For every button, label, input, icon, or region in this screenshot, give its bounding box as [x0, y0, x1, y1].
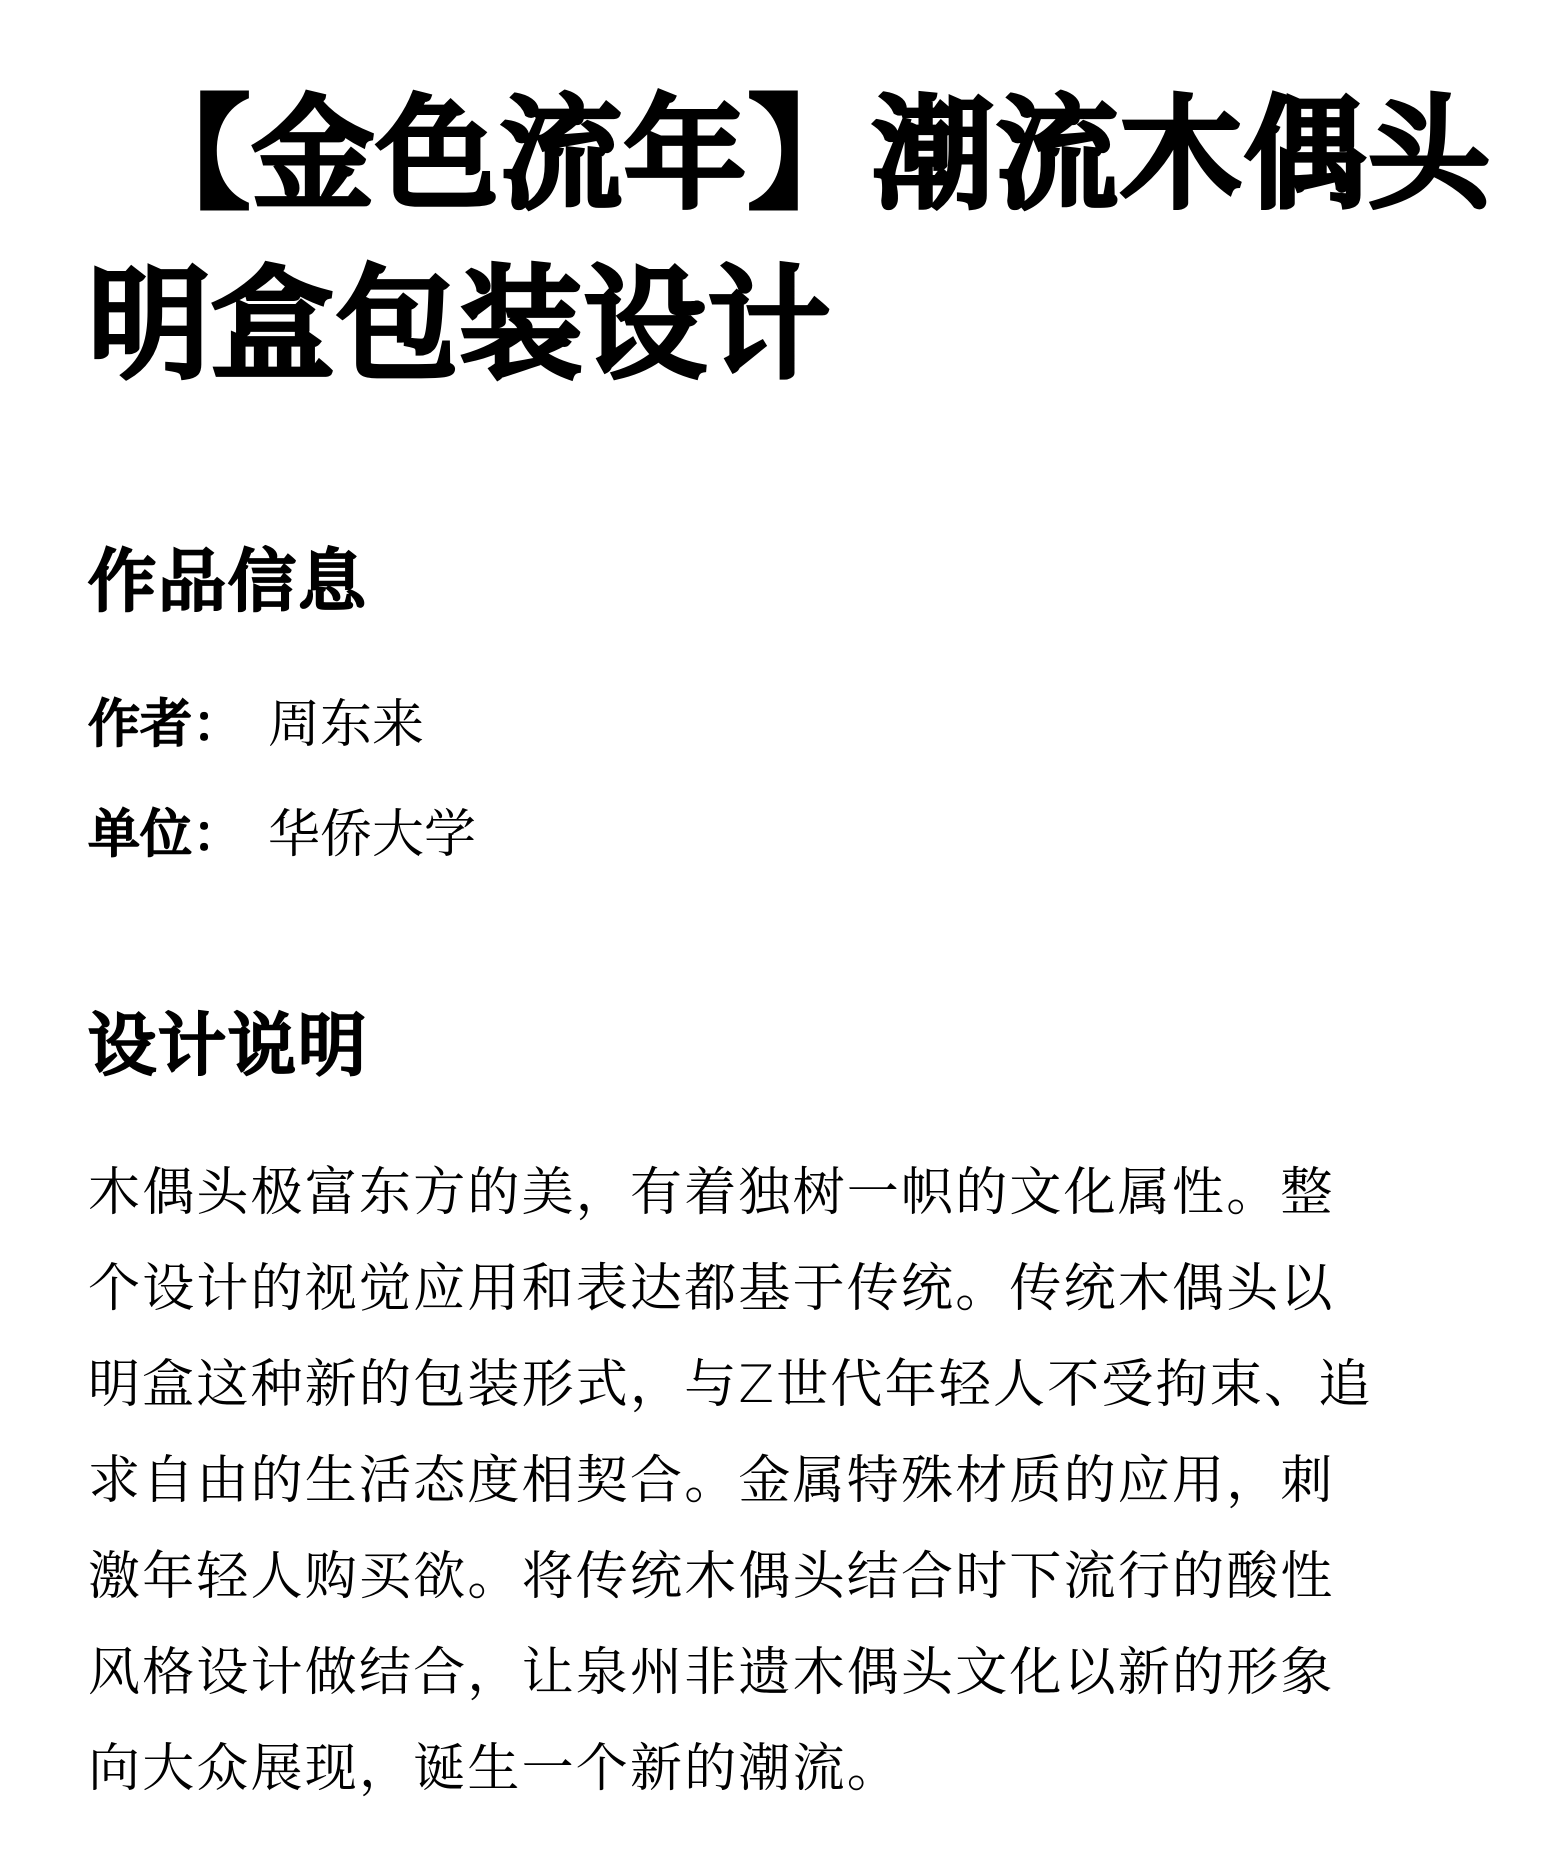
author-value: 周东来	[268, 695, 424, 755]
description-line: 个设计的视觉应用和表达都基于传统。传统木偶头以	[88, 1241, 1488, 1337]
description-line: 求自由的生活态度相契合。金属特殊材质的应用，刺	[88, 1433, 1488, 1529]
document-page: 【金色流年】潮流木偶头 明盒包装设计 作品信息 作者：周东来 单位：华侨大学 设…	[0, 0, 1564, 1876]
author-separator: ：	[192, 690, 244, 760]
title-line-1: 【金色流年】潮流木偶头	[128, 70, 1508, 240]
description-line: 明盒这种新的包装形式，与Z世代年轻人不受拘束、追	[88, 1337, 1488, 1433]
author-row: 作者：周东来	[88, 690, 424, 760]
description-line: 激年轻人购买欲。将传统木偶头结合时下流行的酸性	[88, 1529, 1488, 1625]
design-description-body: 木偶头极富东方的美，有着独树一帜的文化属性。整 个设计的视觉应用和表达都基于传统…	[88, 1145, 1488, 1817]
page-title: 【金色流年】潮流木偶头 明盒包装设计	[88, 70, 1508, 410]
organization-row: 单位：华侨大学	[88, 800, 476, 870]
work-info-heading: 作品信息	[88, 538, 368, 628]
design-description-heading: 设计说明	[88, 1002, 368, 1092]
title-line-2: 明盒包装设计	[88, 240, 1508, 410]
author-label: 作者	[88, 695, 192, 755]
organization-label: 单位	[88, 805, 192, 865]
description-line: 木偶头极富东方的美，有着独树一帜的文化属性。整	[88, 1145, 1488, 1241]
organization-separator: ：	[192, 800, 244, 870]
description-line: 风格设计做结合，让泉州非遗木偶头文化以新的形象	[88, 1625, 1488, 1721]
organization-value: 华侨大学	[268, 805, 476, 865]
description-line: 向大众展现，诞生一个新的潮流。	[88, 1721, 1488, 1817]
